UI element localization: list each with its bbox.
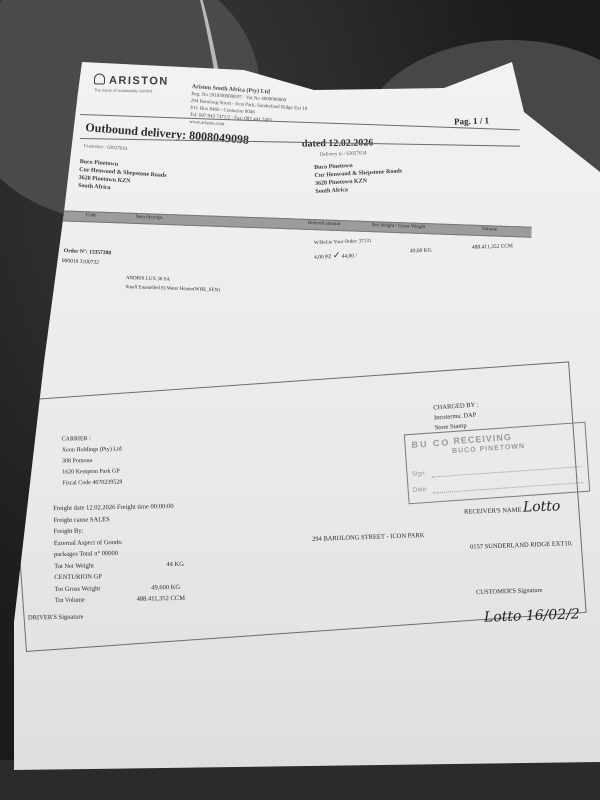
company-info: Ariston South Africa (Pty) Ltd Reg. No 2… xyxy=(189,84,308,134)
label: Tot Gross Weight xyxy=(55,585,101,593)
ordered-amount: 4,00 PZ xyxy=(314,254,332,261)
receivers-name-label: RECEIVER'S NAME xyxy=(464,507,522,516)
ariston-logo-icon xyxy=(94,73,105,84)
customer-signature-handwritten: Lotto 16/02/2 xyxy=(484,606,580,625)
stamp-date: Date xyxy=(412,486,426,494)
title-rule xyxy=(80,138,520,147)
order-number: Order N°: 15357380 xyxy=(64,248,112,256)
bill-to-address: Buco Pinetown Cnr Henwood & Shepstone Ro… xyxy=(78,158,168,196)
column-header: Code xyxy=(86,213,97,218)
total-net-weight: Tot Net Weight44 KG xyxy=(54,558,184,572)
your-order-ref: W/Ref.to Your Order: 37131 xyxy=(314,239,371,246)
table-row-pos-code: 000010 3100732 xyxy=(62,258,99,266)
column-header: Volume xyxy=(481,227,497,233)
label: Tot Net Weight xyxy=(54,562,94,570)
freight-date-time: Freight date 12.02.2026 Freight time 00:… xyxy=(53,501,183,515)
brand-logo: ARISTON xyxy=(94,73,169,87)
delivery-to-number: Delivery to : 63027634 xyxy=(320,151,367,158)
stamp-date-line xyxy=(433,482,583,493)
column-header: Ordered amount xyxy=(308,221,341,227)
stamp-logo: BU CO xyxy=(411,438,451,450)
carrier-info: CARRIER : Xeon Holdings (Pty) Ltd 308 Po… xyxy=(62,433,123,489)
gross-weight: 49,60 KG xyxy=(410,248,432,255)
stamp-sign-line xyxy=(432,466,582,477)
brand-tagline: The home of sustainable comfort xyxy=(94,87,152,93)
brand-name: ARISTON xyxy=(109,75,169,88)
item-description: Small Enamelled El.Water Heater(WHE_SEN) xyxy=(125,283,220,295)
column-header: Item descript. xyxy=(136,215,164,221)
receiving-stamp: BU CO RECEIVING BUCO PINETOWN Sign Date xyxy=(404,422,590,505)
value: 49,600 KG xyxy=(130,581,180,593)
column-header: Net Weight / Gross Weight xyxy=(372,223,426,230)
customer-number: Customer : 63027634 xyxy=(84,144,128,152)
freight-info: Freight date 12.02.2026 Freight time 00:… xyxy=(53,501,185,607)
checkmark-icon: ✓ xyxy=(333,250,341,260)
delivery-note-paper: ARISTON The home of sustainable comfort … xyxy=(14,62,600,770)
carrier-fiscal-code: Fiscal Code 4670239528 xyxy=(62,477,122,489)
value: 44 KG xyxy=(144,558,184,570)
drivers-signature-label: DRIVER'S Signature xyxy=(28,614,84,622)
table-row-ordered: 4,00 PZ ✓ 44,00 / xyxy=(314,249,357,261)
receivers-name-signature: Lotto xyxy=(523,498,561,515)
label: Tot Volume xyxy=(55,597,85,605)
value: 488.411,352 CCM xyxy=(105,593,185,606)
table-header: Pos. Code Item descript. Ordered amount … xyxy=(52,210,532,238)
table-row-description: ANDRIS LUX 30 SA Small Enamelled El.Wate… xyxy=(125,274,220,295)
carrier-name: Xeon Holdings (Pty) Ltd xyxy=(62,444,122,456)
total-volume: Tot Volume488.411,352 CCM xyxy=(55,593,185,607)
net-weight: 44,00 / xyxy=(342,253,357,260)
stamp-sign: Sign xyxy=(411,470,424,478)
page-number: Pag. 1 / 1 xyxy=(454,115,489,126)
volume: 488.411,352 CCM xyxy=(472,243,513,250)
ship-to-address: Buco Pinetown Cnr Henwood & Shepstone Ro… xyxy=(314,159,403,196)
receivers-name: RECEIVER'S NAME Lotto xyxy=(464,498,561,517)
